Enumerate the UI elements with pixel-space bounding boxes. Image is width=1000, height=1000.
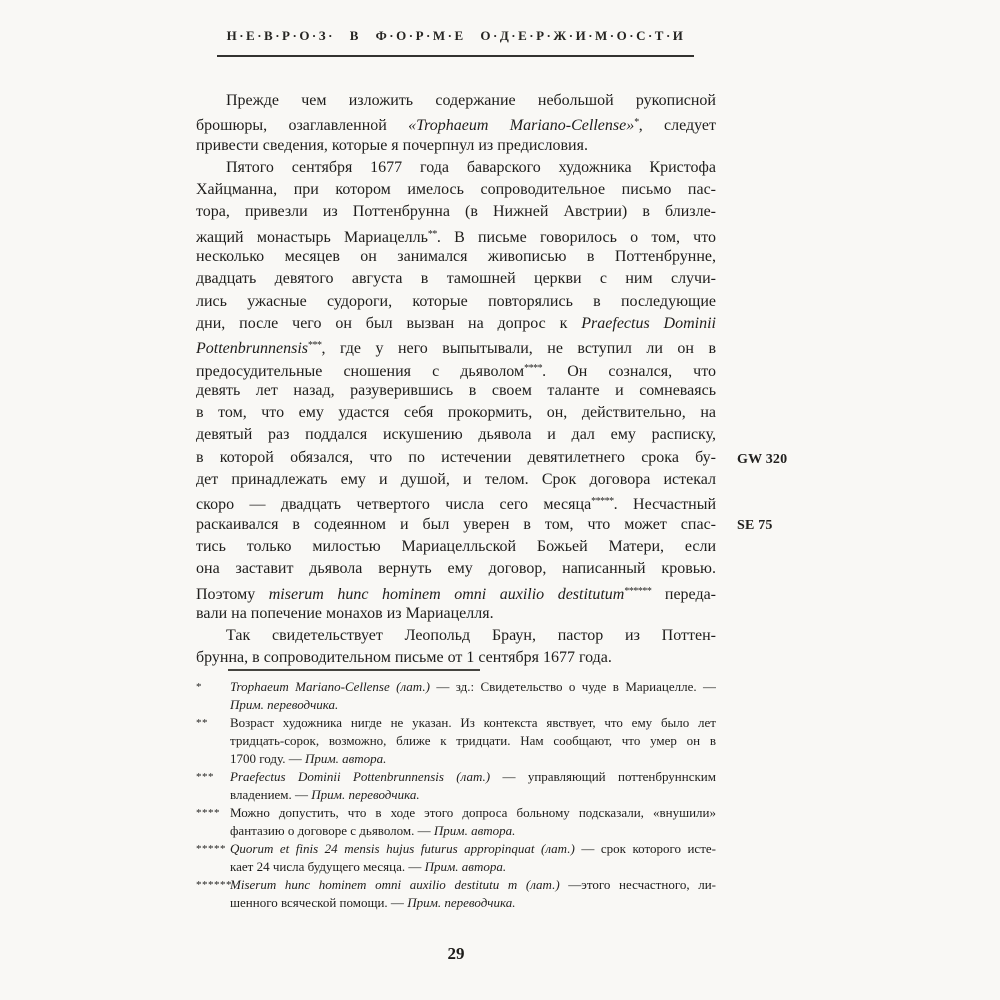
footnote-marker: ** <box>196 714 208 732</box>
text-segment: 1700 году. — <box>230 751 305 766</box>
text-line: Прежде чем изложить содержание небольшой… <box>196 90 716 112</box>
footnote-line: Прим. переводчика. <box>230 696 716 714</box>
text-segment: — зд.: Свидетельство о чуде в Мариацелле… <box>430 679 716 694</box>
footnote-text: Можно допустить, что в ходе этого допрос… <box>230 804 716 840</box>
text-line: Хайцманна, при котором имелось сопроводи… <box>196 179 716 201</box>
text-segment: в том, что ему удастся себя прокормить, … <box>196 404 716 421</box>
text-segment: Прим. переводчика. <box>311 787 419 802</box>
header-rule <box>217 55 694 57</box>
text-segment: —этого несчастного, ли- <box>560 877 716 892</box>
footnote-marker: *** <box>196 768 214 786</box>
text-segment: . Несчастный <box>614 496 716 513</box>
text-segment: владением. — <box>230 787 311 802</box>
footnote-line: Можно допустить, что в ходе этого допрос… <box>230 804 716 822</box>
footnote-marker: * <box>196 678 202 696</box>
text-line: тора, привезли из Поттенбрунна (в Нижней… <box>196 201 716 223</box>
footnote: **Возраст художника нигде не указан. Из … <box>196 714 716 768</box>
footnote-line: тридцать-сорок, возможно, ближе к тридца… <box>230 732 716 750</box>
text-segment: — срок которого исте- <box>575 841 716 856</box>
text-segment: шенного всяческой помощи. — <box>230 895 407 910</box>
footnote-line: владением. — Прим. переводчика. <box>230 786 716 804</box>
text-line: Поэтому miserum hunc hominem omni auxili… <box>196 581 716 603</box>
margin-note-gw: GW 320 <box>737 452 787 468</box>
margin-note-se: SE 75 <box>737 518 773 534</box>
footnote-marker: ***** <box>196 840 226 858</box>
text-segment: кает 24 числа будущего месяца. — <box>230 859 425 874</box>
text-segment: Praefectus Dominii Pottenbrunnensis (лат… <box>230 769 490 784</box>
paragraph: Прежде чем изложить содержание небольшой… <box>196 90 716 157</box>
footnote-marker: **** <box>196 804 220 822</box>
footnote: *Trophaeum Mariano-Cellense (лат.) — зд.… <box>196 678 716 714</box>
text-segment: . В письме говорилось о том, что <box>437 229 716 246</box>
text-segment: переда- <box>651 586 716 603</box>
text-segment: . Он сознался, что <box>542 363 716 380</box>
footnote-line: Trophaeum Mariano-Cellense (лат.) — зд.:… <box>230 678 716 696</box>
text-segment: раскаивался в содеянном и был уверен в т… <box>196 516 716 533</box>
text-segment: брошюры, озаглавленной <box>196 117 408 134</box>
text-line: лись ужасные судороги, которые повторяли… <box>196 291 716 313</box>
footnote: ***Praefectus Dominii Pottenbrunnensis (… <box>196 768 716 804</box>
text-line: девятый раз поддался искушению дьявола и… <box>196 424 716 446</box>
text-line: девять лет назад, разуверившись в своем … <box>196 380 716 402</box>
text-segment: Поэтому <box>196 586 269 603</box>
text-segment: Quorum et finis 24 mensis hujus futurus … <box>230 841 575 856</box>
text-line: Пятого сентября 1677 года баварского худ… <box>196 157 716 179</box>
text-line: раскаивался в содеянном и был уверен в т… <box>196 514 716 536</box>
text-line: несколько месяцев он занимался живописью… <box>196 246 716 268</box>
footnote-line: фантазию о договоре с дьяволом. — Прим. … <box>230 822 716 840</box>
text-segment: Pottenbrunnensis <box>196 340 308 357</box>
text-segment: лись ужасные судороги, которые повторяли… <box>196 293 716 310</box>
footnote-text: Quorum et finis 24 mensis hujus futurus … <box>230 840 716 876</box>
text-line: двадцать девятого августа в тамошней цер… <box>196 268 716 290</box>
text-segment: — управляющий поттенбруннским <box>490 769 716 784</box>
text-segment: двадцать девятого августа в тамошней цер… <box>196 270 716 287</box>
footnote-line: Возраст художника нигде не указан. Из ко… <box>230 714 716 732</box>
text-line: Так свидетельствует Леопольд Браун, паст… <box>196 625 716 647</box>
footnote-ref-marker: ****** <box>624 586 651 597</box>
text-segment: Хайцманна, при котором имелось сопроводи… <box>196 181 716 198</box>
text-segment: Пятого сентября 1677 года баварского худ… <box>226 159 716 176</box>
text-segment: Прежде чем изложить содержание небольшой… <box>226 92 716 109</box>
footnote-separator <box>228 669 480 671</box>
text-segment: Trophaeum Mariano-Cellense (лат.) <box>230 679 430 694</box>
text-segment: «Trophaeum Mariano-Cellense» <box>408 117 634 134</box>
text-line: в том, что ему удастся себя прокормить, … <box>196 402 716 424</box>
footnote-ref-marker: ***** <box>591 496 614 507</box>
footnote-marker: ****** <box>196 876 232 894</box>
text-line: брунна, в сопроводительном письме от 1 с… <box>196 647 716 669</box>
text-segment: вали на попечение монахов из Мариацелля. <box>196 605 494 622</box>
text-segment: , следует <box>639 117 716 134</box>
footnote-text: Trophaeum Mariano-Cellense (лат.) — зд.:… <box>230 678 716 714</box>
footnote: ******Miserum hunc hominem omni auxilio … <box>196 876 716 912</box>
text-segment: она заставит дьявола вернуть ему договор… <box>196 560 716 577</box>
text-line: предосудительные сношения с дьяволом****… <box>196 358 716 380</box>
footnote-text: Miserum hunc hominem omni auxilio destit… <box>230 876 716 912</box>
footnote-line: шенного всяческой помощи. — Прим. перево… <box>230 894 716 912</box>
text-line: привести сведения, которые я почерпнул и… <box>196 135 716 157</box>
text-segment: miserum hunc hominem omni auxilio destit… <box>269 586 625 603</box>
text-line: брошюры, озаглавленной «Trophaeum Marian… <box>196 112 716 134</box>
footnote: ****Можно допустить, что в ходе этого до… <box>196 804 716 840</box>
text-segment: тись только милостью Мариацелльской Божь… <box>196 538 716 555</box>
footnote-ref-marker: *** <box>308 340 322 351</box>
text-segment: Так свидетельствует Леопольд Браун, паст… <box>226 627 716 644</box>
text-segment: Прим. переводчика. <box>407 895 515 910</box>
text-segment: Praefectus Dominii <box>581 315 716 332</box>
text-segment: тора, привезли из Поттенбрунна (в Нижней… <box>196 203 716 220</box>
paragraph: Пятого сентября 1677 года баварского худ… <box>196 157 716 625</box>
text-segment: в которой обязался, что по истечении дев… <box>196 449 716 466</box>
text-segment: Прим. автора. <box>434 823 515 838</box>
text-line: жащий монастырь Мариацелль**. В письме г… <box>196 224 716 246</box>
text-segment: Прим. переводчика. <box>230 697 338 712</box>
text-line: тись только милостью Мариацелльской Божь… <box>196 536 716 558</box>
text-segment: фантазию о договоре с дьяволом. — <box>230 823 434 838</box>
footnotes-block: *Trophaeum Mariano-Cellense (лат.) — зд.… <box>196 678 716 912</box>
main-text-block: Прежде чем изложить содержание небольшой… <box>196 90 716 670</box>
text-line: в которой обязался, что по истечении дев… <box>196 447 716 469</box>
footnote-line: Quorum et finis 24 mensis hujus futurus … <box>230 840 716 858</box>
text-segment: , где у него выпытывали, не вступил ли о… <box>322 340 717 357</box>
text-segment: тридцать-сорок, возможно, ближе к тридца… <box>230 733 716 748</box>
text-segment: привести сведения, которые я почерпнул и… <box>196 137 588 154</box>
footnote-line: кает 24 числа будущего месяца. — Прим. а… <box>230 858 716 876</box>
text-line: она заставит дьявола вернуть ему договор… <box>196 558 716 580</box>
footnote-line: Miserum hunc hominem omni auxilio destit… <box>230 876 716 894</box>
footnote-line: Praefectus Dominii Pottenbrunnensis (лат… <box>230 768 716 786</box>
text-line: вали на попечение монахов из Мариацелля. <box>196 603 716 625</box>
page-number: 29 <box>196 944 716 964</box>
text-segment: Возраст художника нигде не указан. Из ко… <box>230 715 716 730</box>
running-head-title: Н·Е·В·Р·О·З· В Ф·О·Р·М·Е О·Д·Е·Р·Ж·И·М·О… <box>196 28 716 44</box>
text-segment: Можно допустить, что в ходе этого допрос… <box>230 805 716 820</box>
text-segment: предосудительные сношения с дьяволом <box>196 363 524 380</box>
text-segment: дет принадлежать ему и душой, и телом. С… <box>196 471 716 488</box>
text-segment: Прим. автора. <box>425 859 506 874</box>
text-segment: дни, после чего он был вызван на допрос … <box>196 315 581 332</box>
text-segment: брунна, в сопроводительном письме от 1 с… <box>196 649 612 666</box>
footnote-line: 1700 году. — Прим. автора. <box>230 750 716 768</box>
text-segment: несколько месяцев он занимался живописью… <box>196 248 716 265</box>
book-page-scan: { "header": { "title": "Н·Е·В·Р·О·З· В Ф… <box>0 0 1000 1000</box>
text-line: скоро — двадцать четвертого числа сего м… <box>196 491 716 513</box>
footnote-text: Возраст художника нигде не указан. Из ко… <box>230 714 716 768</box>
paragraph: Так свидетельствует Леопольд Браун, паст… <box>196 625 716 670</box>
footnote: *****Quorum et finis 24 mensis hujus fut… <box>196 840 716 876</box>
text-segment: жащий монастырь Мариацелль <box>196 229 428 246</box>
footnote-text: Praefectus Dominii Pottenbrunnensis (лат… <box>230 768 716 804</box>
text-segment: скоро — двадцать четвертого числа сего м… <box>196 496 591 513</box>
footnote-ref-marker: **** <box>524 363 542 374</box>
text-segment: девять лет назад, разуверившись в своем … <box>196 382 716 399</box>
text-segment: Прим. автора. <box>305 751 386 766</box>
text-segment: Miserum hunc hominem omni auxilio destit… <box>230 877 560 892</box>
text-line: дни, после чего он был вызван на допрос … <box>196 313 716 335</box>
text-segment: девятый раз поддался искушению дьявола и… <box>196 426 716 443</box>
text-line: дет принадлежать ему и душой, и телом. С… <box>196 469 716 491</box>
text-line: Pottenbrunnensis***, где у него выпытыва… <box>196 335 716 357</box>
footnote-ref-marker: ** <box>428 229 437 240</box>
